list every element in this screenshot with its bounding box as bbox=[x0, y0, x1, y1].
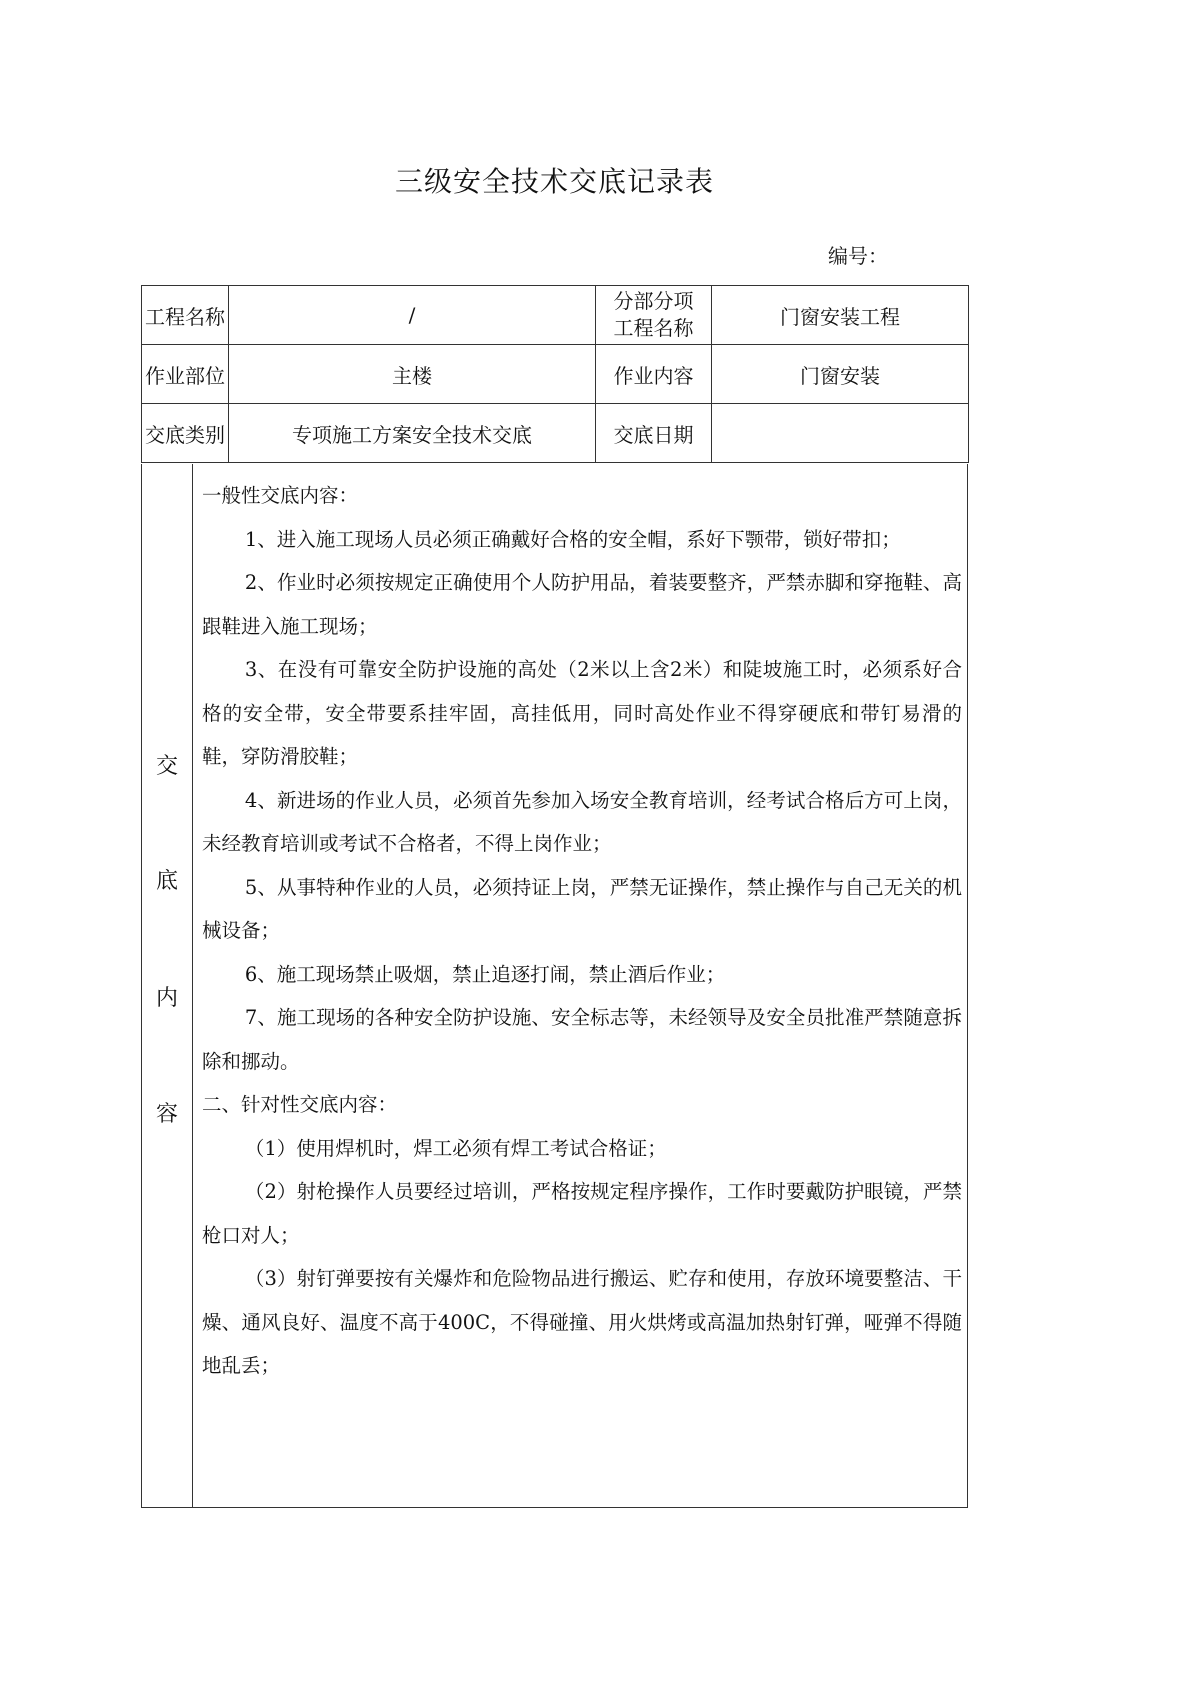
table-row: 工程名称 / 分部分项 工程名称 门窗安装工程 bbox=[142, 286, 969, 345]
briefing-type-label: 交底类别 bbox=[142, 404, 229, 463]
specific-item: （1）使用焊机时，焊工必须有焊工考试合格证； bbox=[202, 1127, 962, 1171]
sub-project-name-label: 分部分项 工程名称 bbox=[596, 286, 712, 345]
sub-project-label-line2: 工程名称 bbox=[596, 315, 711, 342]
work-content-label: 作业内容 bbox=[596, 345, 712, 404]
project-name-value: / bbox=[229, 286, 596, 345]
general-item: 7、施工现场的各种安全防护设施、安全标志等，未经领导及安全员批准严禁随意拆除和挪… bbox=[202, 996, 962, 1083]
work-content-value: 门窗安装 bbox=[712, 345, 969, 404]
general-item: 5、从事特种作业的人员，必须持证上岗，严禁无证操作，禁止操作与自己无关的机械设备… bbox=[202, 866, 962, 953]
project-name-label: 工程名称 bbox=[142, 286, 229, 345]
briefing-date-label: 交底日期 bbox=[596, 404, 712, 463]
general-heading: 一般性交底内容： bbox=[202, 474, 962, 518]
briefing-content-side-label: 交 底 内 容 bbox=[142, 464, 193, 1507]
sub-project-label-line1: 分部分项 bbox=[596, 288, 711, 315]
table-row: 交底类别 专项施工方案安全技术交底 交底日期 bbox=[142, 404, 969, 463]
sub-project-name-value: 门窗安装工程 bbox=[712, 286, 969, 345]
briefing-content-section: 交 底 内 容 一般性交底内容： 1、进入施工现场人员必须正确戴好合格的安全帽，… bbox=[141, 464, 968, 1508]
general-item: 1、进入施工现场人员必须正确戴好合格的安全帽，系好下颚带，锁好带扣； bbox=[202, 518, 962, 562]
side-char: 交 bbox=[142, 749, 192, 780]
specific-item: （2）射枪操作人员要经过培训，严格按规定程序操作，工作时要戴防护眼镜，严禁枪口对… bbox=[202, 1170, 962, 1257]
general-item: 3、在没有可靠安全防护设施的高处（2米以上含2米）和陡坡施工时，必须系好合格的安… bbox=[202, 648, 962, 779]
work-location-value: 主楼 bbox=[229, 345, 596, 404]
side-char: 容 bbox=[142, 1097, 192, 1128]
side-char: 内 bbox=[142, 981, 192, 1012]
general-item: 4、新进场的作业人员，必须首先参加入场安全教育培训，经考试合格后方可上岗，未经教… bbox=[202, 779, 962, 866]
briefing-body: 一般性交底内容： 1、进入施工现场人员必须正确戴好合格的安全帽，系好下颚带，锁好… bbox=[202, 474, 962, 1388]
table-row: 作业部位 主楼 作业内容 门窗安装 bbox=[142, 345, 969, 404]
code-label: 编号： bbox=[828, 240, 888, 269]
side-char: 底 bbox=[142, 864, 192, 895]
briefing-date-value bbox=[712, 404, 969, 463]
specific-item: （3）射钉弹要按有关爆炸和危险物品进行搬运、贮存和使用，存放环境要整洁、干燥、通… bbox=[202, 1257, 962, 1388]
specific-heading: 二、针对性交底内容： bbox=[202, 1083, 962, 1127]
document-title: 三级安全技术交底记录表 bbox=[0, 160, 1109, 200]
general-item: 2、作业时必须按规定正确使用个人防护用品，着装要整齐，严禁赤脚和穿拖鞋、高跟鞋进… bbox=[202, 561, 962, 648]
general-item: 6、施工现场禁止吸烟，禁止追逐打闹，禁止酒后作业； bbox=[202, 953, 962, 997]
briefing-type-value: 专项施工方案安全技术交底 bbox=[229, 404, 596, 463]
info-table: 工程名称 / 分部分项 工程名称 门窗安装工程 作业部位 主楼 作业内容 门窗安… bbox=[141, 285, 969, 463]
work-location-label: 作业部位 bbox=[142, 345, 229, 404]
